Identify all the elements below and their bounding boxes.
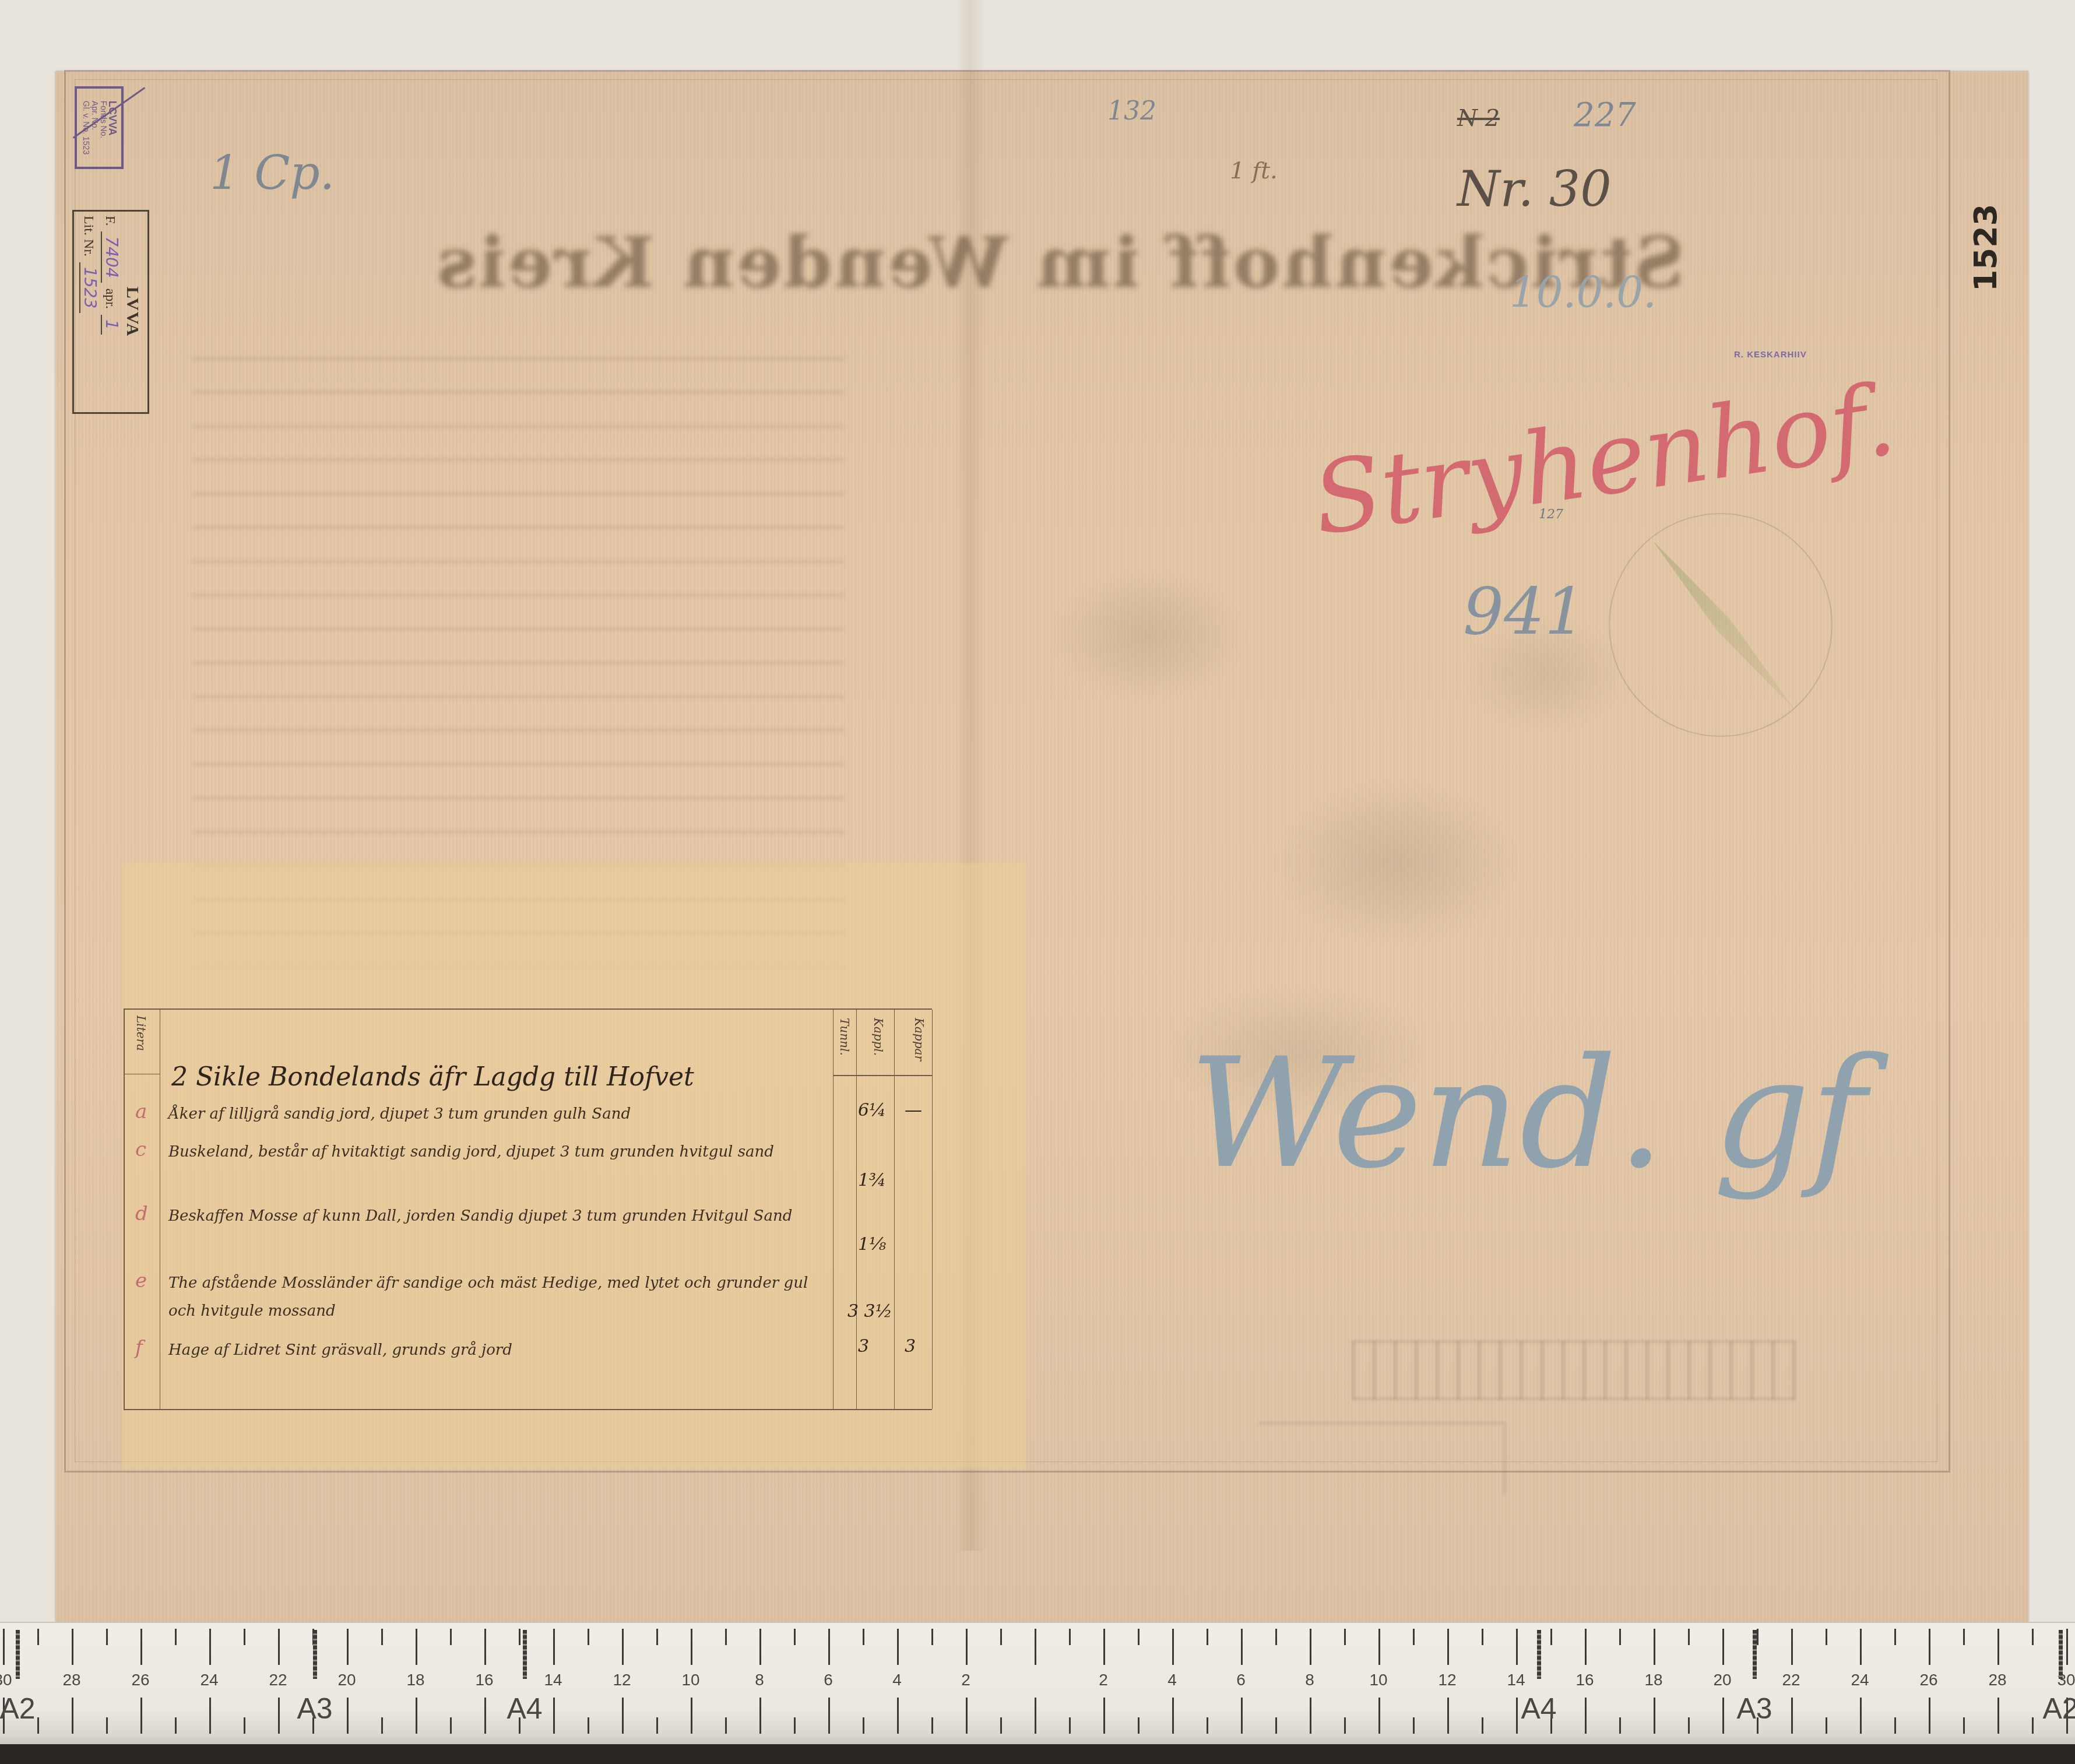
ruler-tick	[37, 1629, 39, 1645]
header-litera: Litera	[134, 1015, 148, 1051]
stamp-lcvva-line: Fonds No.	[99, 101, 108, 154]
stamp-lcvva-line: Apr. No.	[90, 101, 99, 154]
ruler-tick	[1344, 1717, 1346, 1734]
ruler-label: 22	[1782, 1671, 1800, 1689]
cartouche-bleedthrough	[1259, 1422, 1506, 1494]
ruler-tick	[1722, 1698, 1724, 1734]
ruler-tick	[1138, 1629, 1140, 1645]
ruler-tick	[863, 1717, 864, 1734]
ruler-tick	[1000, 1717, 1002, 1734]
ruler-tick	[1654, 1629, 1655, 1665]
ruler-tick	[1413, 1717, 1415, 1734]
ruler-tick	[863, 1629, 864, 1645]
ruler-tick	[966, 1698, 968, 1734]
lit-value: 1523	[79, 262, 100, 313]
ruler-tick	[450, 1717, 452, 1734]
ruler-tick	[691, 1698, 692, 1734]
ruler-tick	[897, 1629, 899, 1665]
header-kappar: Kappar	[912, 1018, 926, 1061]
ruler-tick	[966, 1629, 968, 1665]
ruler-label: 16	[475, 1671, 493, 1689]
ruler-label: 20	[337, 1671, 356, 1689]
ruler-tick	[1791, 1629, 1793, 1665]
paper-format-label: A4	[1521, 1692, 1556, 1726]
catalog-number: 227	[1574, 96, 1636, 134]
ruler-tick	[484, 1629, 486, 1665]
ruler-tick	[725, 1629, 727, 1645]
ruler-tick	[897, 1698, 899, 1734]
ruler-tick	[244, 1717, 245, 1734]
ruler-tick	[1344, 1629, 1346, 1645]
ruler-tick	[1585, 1629, 1587, 1665]
ruler-tick	[588, 1717, 589, 1734]
ruler-tick	[2032, 1717, 2034, 1734]
paper-format-label: A3	[1736, 1692, 1772, 1726]
ruler-tick	[1035, 1698, 1036, 1734]
compass-needle-icon	[1645, 535, 1801, 715]
ruler-label: 2	[1099, 1671, 1108, 1689]
paper-format-label: A4	[507, 1692, 542, 1726]
stamp-lcvva: LCVVA Fonds No. Apr. No. Gl. v. No. 1523	[75, 86, 124, 169]
ruler-tick	[278, 1698, 280, 1734]
ruler-tick	[1929, 1698, 1930, 1734]
ruler-tick	[1722, 1629, 1724, 1665]
ruler-tick	[1482, 1629, 1483, 1645]
ruler-tick	[1516, 1629, 1518, 1665]
ruler-tick	[72, 1698, 73, 1734]
ruler-label: 28	[62, 1671, 80, 1689]
ruler-label: 18	[1644, 1671, 1662, 1689]
ruler-tick	[1963, 1629, 1965, 1645]
format-marker	[16, 1630, 20, 1679]
pencil-number-941: 941	[1463, 574, 1585, 649]
apr-label: apr.	[102, 289, 118, 309]
compass-rose	[1609, 513, 1833, 737]
ruler-label: 6	[1236, 1671, 1246, 1689]
ruler-tick	[1791, 1698, 1793, 1734]
ruler-tick	[759, 1629, 761, 1665]
measuring-ruler: 3028262422201816141210864224681012141618…	[0, 1622, 2075, 1745]
ruler-tick	[278, 1629, 280, 1665]
ruler-tick	[1826, 1717, 1827, 1734]
ruler-tick	[209, 1698, 211, 1734]
format-marker	[313, 1630, 317, 1679]
ruler-tick	[1688, 1717, 1690, 1734]
ruler-tick	[1378, 1698, 1380, 1734]
ruler-tick	[588, 1629, 589, 1645]
ruler-tick	[175, 1629, 177, 1645]
blue-pencil-note: Wend. gf	[1189, 1026, 1866, 1202]
header-kappland: Kappl.	[871, 1018, 885, 1056]
format-marker	[523, 1630, 527, 1679]
lit-label: Lit. Nr.	[80, 216, 96, 256]
ruler-label: 8	[755, 1671, 764, 1689]
ruler-label: 20	[1713, 1671, 1731, 1689]
ruler-tick	[484, 1698, 486, 1734]
ruler-tick	[1654, 1698, 1655, 1734]
crossed-number: N 2	[1457, 105, 1500, 132]
ruler-label: 12	[1438, 1671, 1456, 1689]
ruler-tick	[1757, 1629, 1759, 1645]
ruler-label: 8	[1305, 1671, 1314, 1689]
ruler-label: 30	[0, 1671, 12, 1689]
ruler-tick	[3, 1629, 5, 1665]
ruler-label: 28	[1988, 1671, 2006, 1689]
ruler-label: 4	[892, 1671, 902, 1689]
ruler-tick	[1826, 1629, 1827, 1645]
ruler-tick	[759, 1698, 761, 1734]
ruler-tick	[1035, 1629, 1036, 1665]
ruler-tick	[519, 1629, 520, 1645]
ruler-tick	[1275, 1629, 1277, 1645]
ruler-tick	[72, 1629, 73, 1665]
ruler-tick	[931, 1629, 933, 1645]
ruler-tick	[1894, 1717, 1896, 1734]
ruler-tick	[416, 1629, 417, 1665]
ruler-tick	[1103, 1698, 1105, 1734]
ruler-tick	[2032, 1629, 2034, 1645]
ruler-tick	[794, 1629, 796, 1645]
ruler-label: 26	[131, 1671, 149, 1689]
ruler-label: 18	[406, 1671, 424, 1689]
paper-format-label: A3	[297, 1692, 332, 1726]
ruler-label: 14	[1507, 1671, 1525, 1689]
ruler-label: 10	[1369, 1671, 1387, 1689]
ruler-tick	[244, 1629, 245, 1645]
ruler-tick	[1447, 1698, 1449, 1734]
ruler-tick	[1378, 1629, 1380, 1665]
small-number-127: 127	[1539, 507, 1563, 522]
ruler-tick	[656, 1629, 658, 1645]
ruler-tick	[553, 1698, 555, 1734]
ruler-label: 24	[1851, 1671, 1869, 1689]
ruler-tick	[1447, 1629, 1449, 1665]
stamp-lvva: LVVA F. 7404 apr. 1 Lit. Nr. 1523	[72, 210, 149, 414]
ruler-tick	[2066, 1629, 2068, 1665]
ruler-tick	[140, 1698, 142, 1734]
stamp-keskarhiiv: R. KESKARHIIV	[1734, 350, 1807, 360]
ruler-tick	[37, 1717, 39, 1734]
ruler-tick	[1619, 1629, 1621, 1645]
ruler-tick	[1619, 1717, 1621, 1734]
ruler-tick	[1997, 1629, 1999, 1665]
ruler-tick	[209, 1629, 211, 1665]
ruler-tick	[1275, 1717, 1277, 1734]
ruler-tick	[1482, 1717, 1483, 1734]
ruler-tick	[416, 1698, 417, 1734]
ruler-tick	[1069, 1717, 1071, 1734]
ruler-tick	[1207, 1717, 1208, 1734]
fonds-value: 7404	[101, 231, 121, 282]
ruler-tick	[1069, 1629, 1071, 1645]
ruler-tick	[347, 1698, 349, 1734]
ruler-tick	[1413, 1629, 1415, 1645]
ruler-label: 14	[544, 1671, 562, 1689]
ruler-tick	[828, 1629, 830, 1665]
ruler-tick	[106, 1717, 108, 1734]
ruler-tick	[622, 1629, 624, 1665]
ruler-shadow	[0, 1744, 2075, 1764]
ruler-tick	[1688, 1629, 1690, 1645]
ruler-tick	[175, 1717, 177, 1734]
ruler-tick	[1138, 1717, 1140, 1734]
ruler-tick	[381, 1629, 383, 1645]
ruler-label: 6	[824, 1671, 833, 1689]
ruler-tick	[1585, 1698, 1587, 1734]
ruler-tick	[794, 1717, 796, 1734]
ruler-label: 26	[1919, 1671, 1937, 1689]
ruler-tick	[1172, 1629, 1174, 1665]
ruler-label: 12	[613, 1671, 631, 1689]
ruler-tick	[450, 1629, 452, 1645]
annotation-1ft: 1 ft.	[1230, 157, 1278, 184]
ruler-tick	[1894, 1629, 1896, 1645]
ruler-tick	[1963, 1717, 1965, 1734]
ruler-tick	[140, 1629, 142, 1665]
format-marker	[2059, 1630, 2063, 1679]
stamp-lcvva-handwritten: 1523	[82, 136, 91, 154]
ruler-tick	[553, 1629, 555, 1665]
ruler-tick	[1103, 1629, 1105, 1665]
ruler-label: 24	[200, 1671, 218, 1689]
ruler-tick	[381, 1717, 383, 1734]
ruler-label: 4	[1167, 1671, 1177, 1689]
fonds-label: F.	[102, 216, 118, 226]
apr-value: 1	[101, 315, 121, 335]
ruler-tick	[1310, 1629, 1311, 1665]
ruler-tick	[1207, 1629, 1208, 1645]
ruler-tick	[931, 1717, 933, 1734]
vertical-archive-number: 1523	[1967, 204, 2004, 291]
ruler-tick	[622, 1698, 624, 1734]
pencil-number-10: 10.0.0.	[1510, 268, 1657, 317]
ruler-tick	[347, 1629, 349, 1665]
stamp-lvva-title: LVVA	[122, 216, 142, 408]
ruler-tick	[656, 1717, 658, 1734]
sheet-number: Nr. 30	[1457, 160, 1612, 217]
table-title: 2 Sikle Bondelands äfr Lagdg till Hofvet	[171, 1062, 694, 1092]
ruler-tick	[1860, 1629, 1862, 1665]
ruler-tick	[106, 1629, 108, 1645]
ruler-tick	[725, 1717, 727, 1734]
ruler-label: 22	[269, 1671, 287, 1689]
ruler-tick	[1516, 1698, 1518, 1734]
ruler-tick	[1241, 1698, 1243, 1734]
ruler-label: 16	[1575, 1671, 1594, 1689]
annotation-1cp: 1 Cp.	[210, 146, 335, 200]
ruler-tick	[1860, 1698, 1862, 1734]
header-tunnland: Tunnl.	[838, 1018, 852, 1056]
scale-bar-bleedthrough	[1352, 1341, 1795, 1400]
ruler-label: 2	[961, 1671, 970, 1689]
ruler-tick	[828, 1698, 830, 1734]
format-marker	[1753, 1630, 1757, 1679]
ruler-tick	[1000, 1629, 1002, 1645]
ruler-tick	[1929, 1629, 1930, 1665]
ruler-tick	[1310, 1698, 1311, 1734]
ruler-label: 10	[681, 1671, 699, 1689]
paper-format-label: A2	[2042, 1692, 2075, 1726]
format-marker	[1537, 1630, 1541, 1679]
land-description-table: Litera 2 Sikle Bondelands äfr Lagdg till…	[124, 1008, 932, 1410]
ruler-tick	[691, 1629, 692, 1665]
annotation-132: 132	[1107, 96, 1156, 126]
ruler-tick	[1997, 1698, 1999, 1734]
ruler-tick	[1172, 1698, 1174, 1734]
ruler-tick	[1241, 1629, 1243, 1665]
paper-format-label: A2	[0, 1692, 36, 1726]
ruler-tick	[1550, 1629, 1552, 1645]
